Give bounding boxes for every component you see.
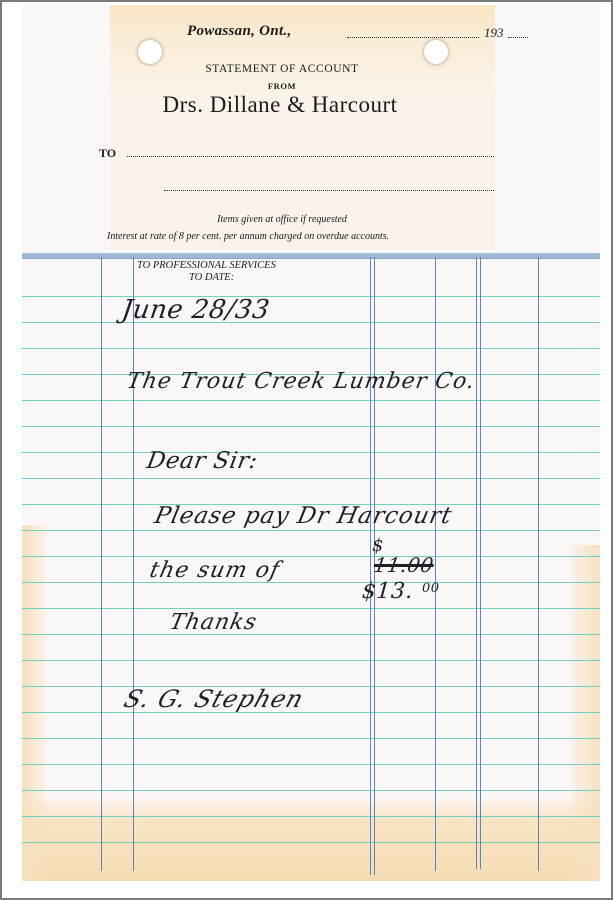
ledger-row-line [22,738,600,739]
ledger-row-line [22,348,600,349]
ledger-row-line [22,322,600,323]
ledger-row-line [22,296,600,297]
ledger-row-line [22,582,600,583]
handwritten-date: June 28/33 [120,295,272,325]
firm-name: Drs. Dillane & Harcourt [22,92,538,118]
handwritten-closing: Thanks [167,610,259,635]
aged-stain-right [570,545,600,881]
ledger-row-line [22,634,600,635]
interest-note: Interest at rate of 8 per cent. per annu… [107,231,389,242]
handwritten-salutation: Dear Sir: [145,448,260,474]
professional-services-label: TO PROFESSIONAL SERVICES TO DATE: [137,260,276,284]
ledger-column-line [133,257,134,871]
to-dotted-line-2 [164,190,494,191]
services-label-line1: TO PROFESSIONAL SERVICES [137,260,276,271]
struck-out-amount: 11.00 [372,553,435,577]
ledger-row-line [22,530,600,531]
ledger-row-line [22,608,600,609]
handwritten-amount: $13. [361,579,414,604]
ledger-top-rule [22,253,600,259]
ledger-row-line [22,842,600,843]
items-note: Items given at office if requested [22,214,542,225]
year-prefix: 193 [484,25,504,41]
year-dotted-line [508,37,528,38]
ledger-row-line [22,660,600,661]
handwritten-body-line2: the sum of [147,558,282,583]
date-dotted-line [347,37,479,38]
aged-stain-left [22,525,46,881]
services-label-line2: TO DATE: [137,272,276,284]
ledger-row-line [22,478,600,479]
to-label: TO [99,146,116,161]
ledger-row-line [22,452,600,453]
ledger-dollar-column-line [476,257,481,869]
handwritten-body-line1: Please pay Dr Harcourt [152,503,454,529]
ledger-column-line [435,257,436,871]
punch-hole-right [424,40,448,64]
from-label: FROM [22,81,542,91]
ledger-row-line [22,790,600,791]
handwritten-addressee: The Trout Creek Lumber Co. [125,369,477,394]
ledger-column-line [101,257,102,871]
ledger-row-line [22,400,600,401]
ledger-row-line [22,686,600,687]
ledger-row-line [22,816,600,817]
statement-paper: Powassan, Ont., 193 STATEMENT OF ACCOUNT… [22,5,600,881]
handwritten-signature: S. G. Stephen [120,685,307,713]
ledger-row-line [22,556,600,557]
ledger-column-line [538,257,539,871]
ledger-row-line [22,426,600,427]
to-dotted-line-1 [127,156,494,157]
ledger-row-line [22,712,600,713]
punch-hole-left [138,40,162,64]
image-frame: Powassan, Ont., 193 STATEMENT OF ACCOUNT… [0,0,613,900]
statement-title: STATEMENT OF ACCOUNT [22,63,542,75]
aged-stain-bottom [22,795,600,881]
place-line: Powassan, Ont., [187,23,292,40]
handwritten-amount-cents: 00 [422,581,440,596]
ledger-row-line [22,764,600,765]
